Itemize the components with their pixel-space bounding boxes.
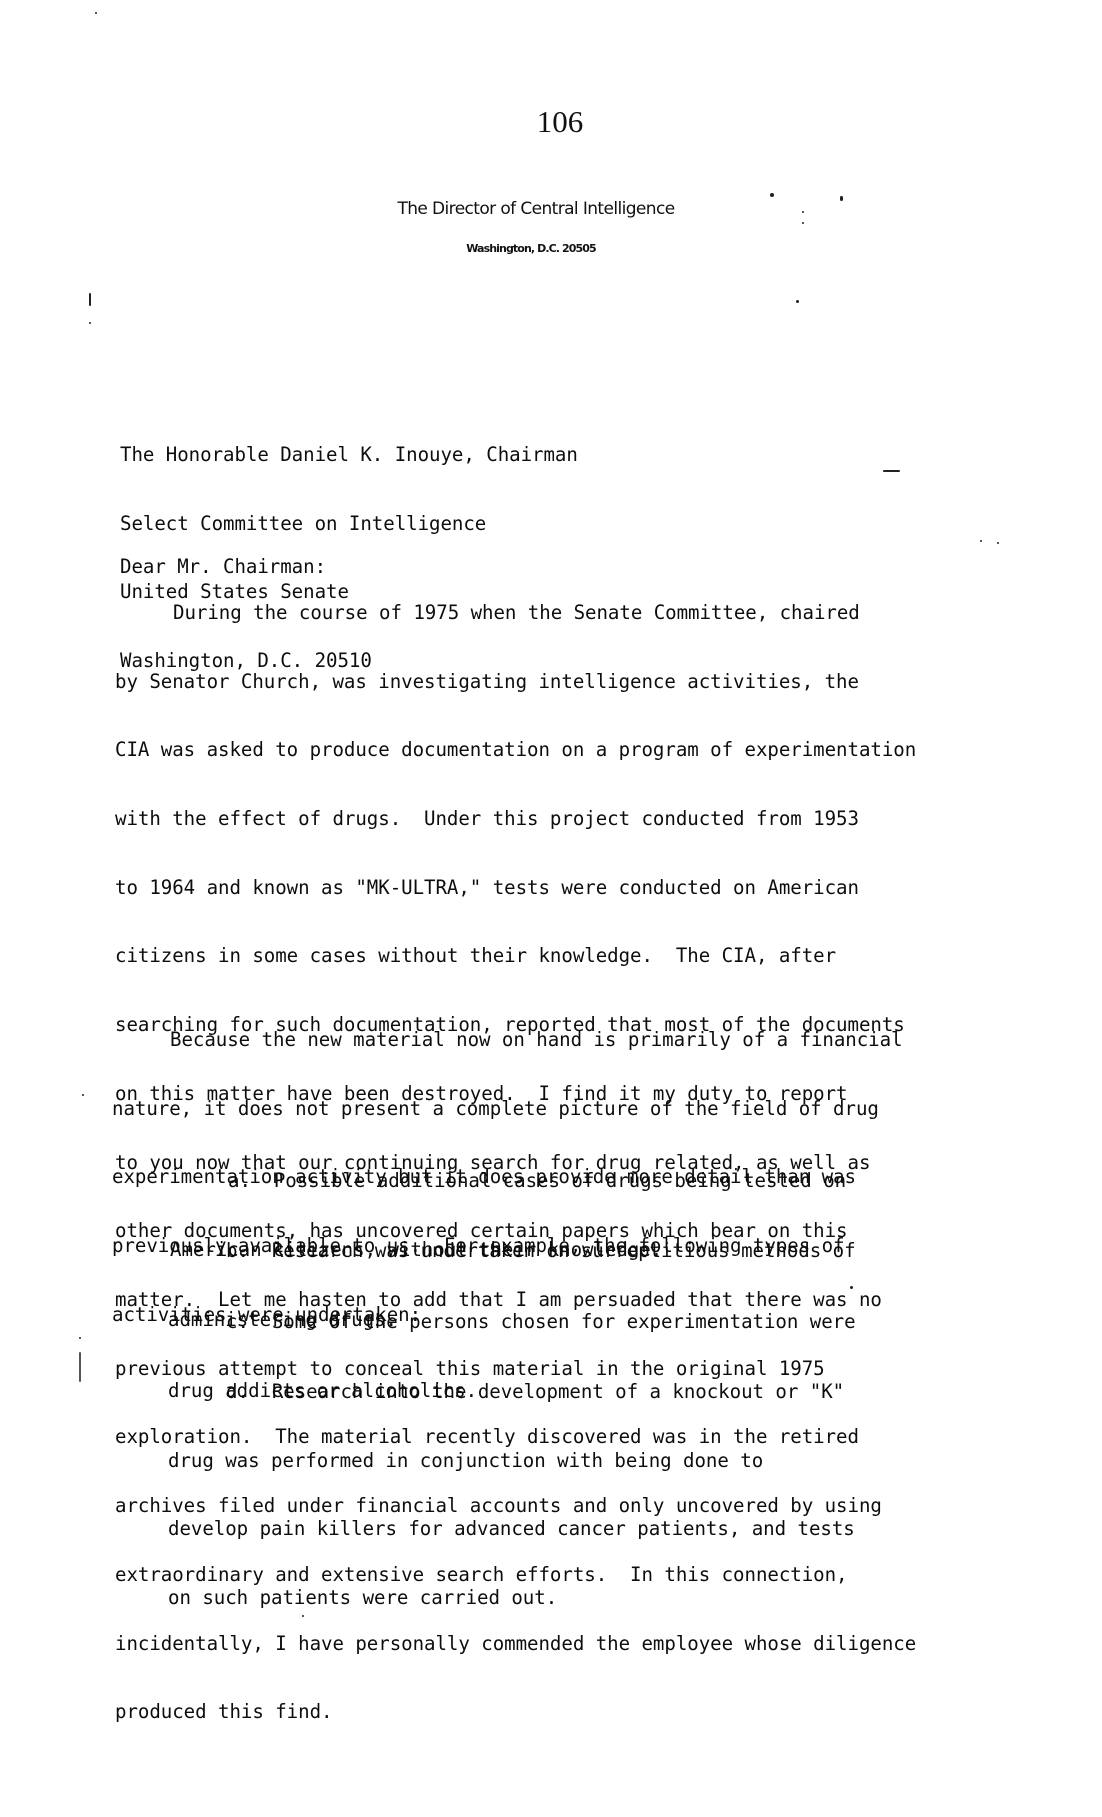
paragraph-line: Because the new material now on hand is … (112, 1029, 903, 1052)
list-item-line: on such patients were carried out. (168, 1587, 855, 1610)
list-item-label: c. (226, 1310, 249, 1333)
list-item-first-line: c. Some of the persons chosen for experi… (168, 1311, 856, 1334)
page-number: 106 (0, 104, 1102, 140)
list-item-text: Research into the development of a knock… (272, 1380, 844, 1403)
scan-mark (997, 542, 999, 544)
list-item-text: Possible additional cases of drugs being… (274, 1169, 846, 1192)
scan-mark (95, 12, 97, 14)
list-item-line: develop pain killers for advanced cancer… (168, 1518, 855, 1541)
document-page: 106 The Director of Central Intelligence… (0, 0, 1102, 1817)
scan-mark (82, 1094, 84, 1096)
list-item-first-line: b. Research was undertaken on surreptiti… (168, 1240, 856, 1263)
addressee-line: The Honorable Daniel K. Inouye, Chairman (120, 444, 578, 467)
scan-mark (79, 1337, 81, 1339)
scan-mark (883, 470, 900, 472)
scan-mark (796, 300, 799, 303)
scan-mark (89, 322, 91, 324)
paragraph-line: with the effect of drugs. Under this pro… (115, 808, 916, 831)
list-item-first-line: a. Possible additional cases of drugs be… (170, 1170, 846, 1193)
list-item-line: drug was performed in conjunction with b… (168, 1450, 855, 1473)
list-item-label: b. (226, 1239, 249, 1262)
letterhead-title: The Director of Central Intelligence (0, 198, 1072, 220)
paragraph-line: nature, it does not present a complete p… (112, 1098, 903, 1121)
scan-mark (802, 222, 804, 224)
list-item-first-line: d. Research into the development of a kn… (168, 1381, 855, 1404)
list-item-d: d. Research into the development of a kn… (168, 1335, 855, 1656)
scan-mark (79, 1352, 81, 1382)
list-item-text: Research was undertaken on surreptitious… (272, 1239, 856, 1262)
list-item-text: Some of the persons chosen for experimen… (272, 1310, 856, 1333)
list-item-label: a. (228, 1169, 251, 1192)
paragraph-line: produced this find. (115, 1701, 916, 1724)
paragraph-line: citizens in some cases without their kno… (115, 945, 916, 968)
paragraph-line: During the course of 1975 when the Senat… (115, 602, 916, 625)
scan-mark (850, 1286, 853, 1289)
scan-mark (980, 540, 982, 542)
scan-mark (802, 211, 804, 213)
paragraph-line: to 1964 and known as "MK-ULTRA," tests w… (115, 877, 916, 900)
scan-mark (770, 193, 774, 197)
scan-mark (89, 293, 91, 306)
paragraph-line: CIA was asked to produce documentation o… (115, 739, 916, 762)
list-item-label: d. (226, 1380, 249, 1403)
scan-mark (302, 1615, 304, 1617)
paragraph-line: by Senator Church, was investigating int… (115, 671, 916, 694)
letterhead-address: Washington, D.C. 20505 (0, 241, 1062, 257)
scan-mark (840, 196, 843, 201)
